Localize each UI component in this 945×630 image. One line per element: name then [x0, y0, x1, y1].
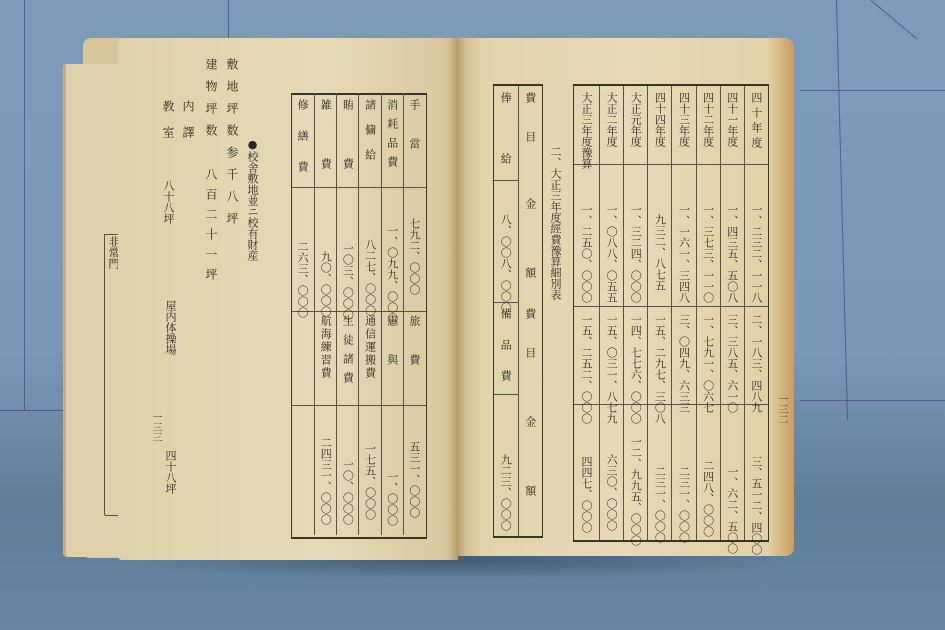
- mat-guide-line: [870, 0, 917, 39]
- item-name: 俸給: [500, 92, 511, 214]
- table-header: 旅費: [409, 315, 420, 393]
- year-label: 大正二年度: [606, 92, 617, 147]
- year-value-a: 一、三二四、〇〇〇: [630, 204, 641, 303]
- year-label: 大正元年度: [630, 92, 641, 147]
- year-value-a: 一、一六一、三四八: [679, 204, 690, 303]
- table-value: 一七五、〇〇〇: [365, 443, 376, 520]
- book-gutter: [448, 38, 466, 560]
- items-header-right: 金額: [525, 416, 536, 554]
- table-header: 賄費: [342, 99, 353, 217]
- table-value: 九〇、〇〇〇: [320, 251, 331, 317]
- year-column: 大正三年度豫算 一、二五〇、〇〇〇 一五、二五二、〇〇〇 四四七、〇〇〇: [574, 86, 599, 540]
- table-column: 賄費 一〇三、〇〇〇 生徒諸費 一〇、〇〇〇: [336, 93, 358, 535]
- table-value: 一、〇〇〇: [387, 471, 398, 526]
- row-value: 参千八坪: [226, 146, 238, 234]
- year-label: 四十年度: [751, 92, 762, 152]
- mat-guide-line: [800, 400, 945, 401]
- item-name: 備品費: [500, 308, 511, 401]
- item-amount: 九二三、〇〇〇: [500, 454, 511, 531]
- table-value: 一、〇九九、〇〇〇: [387, 225, 398, 324]
- year-column: 四十年度 一、二三二、一一八 二、一八三、四八九 三、五一二、四〇〇: [744, 86, 768, 540]
- year-value-b: 三、三八五、六一〇: [727, 314, 738, 413]
- yearly-table: 四十年度 一、二三二、一一八 二、一八三、四八九 三、五一二、四〇〇 四十一年度…: [573, 84, 769, 542]
- items-header-left: 費目: [525, 92, 536, 170]
- year-value-a: 一、四三五、五〇八: [727, 204, 738, 303]
- year-value-c: 二三一、〇〇〇: [654, 466, 665, 543]
- year-value-a: 九三二、八七五: [654, 214, 665, 291]
- table-column: 修繕費 二六三、〇〇〇: [291, 93, 314, 535]
- page-number: 一三二: [774, 394, 789, 424]
- year-value-a: 一、三七三、一一〇: [703, 204, 714, 303]
- year-label: 四十一年度: [727, 92, 738, 147]
- year-column: 四十二年度 一、三七三、一一〇 一、七九一、〇六七 二四八、〇〇〇: [696, 86, 720, 540]
- year-label: 四十四年度: [654, 92, 665, 147]
- year-value-b: 一五、二九七、三〇八: [654, 314, 665, 424]
- table-header: 消耗品費: [387, 99, 398, 175]
- table-header: 諸傭給: [365, 99, 376, 174]
- table-value: 五三一、〇〇〇: [409, 441, 420, 518]
- row-value: 八百二十一坪: [205, 168, 217, 288]
- items-table: 費目 金額 費目 金額 俸給 八、〇〇八、〇〇〇 備品費 九二三、〇〇〇: [493, 84, 543, 538]
- left-page: ●校舍敷地並ニ校有財産 敷地坪数 参千八坪 建物坪数 八百二十一坪 内譯 教室 …: [118, 38, 458, 560]
- year-column: 四十一年度 一、四三五、五〇八 三、三八五、六一〇 一、六二、五〇〇: [720, 86, 744, 540]
- row-label: 敷地坪数: [226, 58, 238, 146]
- table-value: 二六三、〇〇〇: [297, 241, 308, 318]
- year-label: 大正三年度豫算: [581, 92, 592, 162]
- table-header: 航海練習費: [320, 315, 331, 380]
- table-header: 修繕費: [297, 99, 308, 192]
- table-header: 惠與: [387, 315, 398, 393]
- items-column-values: 俸給 八、〇〇八、〇〇〇 備品費 九二三、〇〇〇: [494, 86, 518, 536]
- right-page: 費目 金額 費目 金額 俸給 八、〇〇八、〇〇〇 備品費 九二三、〇〇〇 二、大…: [456, 38, 794, 556]
- row-label: 建物坪数: [205, 58, 217, 146]
- row-label: 内譯: [182, 100, 194, 152]
- item-amount: 八、〇〇八、〇〇〇: [500, 214, 511, 313]
- year-value-c: 六三〇、〇〇〇: [606, 454, 617, 531]
- year-value-b: 一四、七七六、〇〇〇: [630, 314, 641, 424]
- mat-guide-line: [836, 0, 848, 420]
- table-column: 雑費 九〇、〇〇〇 航海練習費 二四三一、〇〇〇: [314, 93, 336, 535]
- year-value-a: 一、二三二、一一八: [751, 204, 762, 303]
- extra-value: 四十八坪: [165, 450, 176, 494]
- table-column: 諸傭給 八二七、〇〇〇 通信運搬費 一七五、〇〇〇: [358, 93, 380, 535]
- year-value-b: 一五、〇三一、八七九: [606, 314, 617, 424]
- expense-table-columns: 手當 七九二、〇〇〇 旅費 五三一、〇〇〇 消耗品費 一、〇九九、〇〇〇 惠與 …: [291, 93, 425, 535]
- section-title: ●校舍敷地並ニ校有財産: [247, 138, 258, 261]
- year-label: 四十二年度: [703, 92, 714, 147]
- year-value-c: 四四七、〇〇〇: [581, 456, 592, 533]
- page-number: 一三三: [148, 412, 163, 442]
- section-title: 二、大正三年度經費豫算細別表: [550, 146, 561, 300]
- year-value-b: 三、〇四九、六三三: [679, 314, 690, 413]
- year-value-a: 一、〇八八、〇五五: [606, 204, 617, 303]
- table-column: 手當 七九二、〇〇〇 旅費 五三一、〇〇〇: [403, 93, 425, 535]
- row-label: 教室: [162, 100, 174, 152]
- table-divider: [494, 394, 518, 395]
- table-divider: [494, 302, 518, 303]
- mat-guide-line: [24, 0, 25, 410]
- year-column: 四十三年度 一、一六一、三四八 三、〇四九、六三三 二三一、〇〇〇: [671, 86, 695, 540]
- items-header-left: 費目: [525, 308, 536, 386]
- year-value-b: 二、一八三、四八九: [751, 314, 762, 413]
- year-value-c: 二三一、〇〇〇: [679, 466, 690, 543]
- mat-guide-line: [800, 90, 945, 91]
- row-value: 八十八坪: [163, 180, 174, 224]
- year-column: 四十四年度 九三二、八七五 一五、二九七、三〇八 二三一、〇〇〇: [647, 86, 671, 540]
- year-value-c: 二四八、〇〇〇: [703, 460, 714, 537]
- table-value: 七九二、〇〇〇: [409, 218, 420, 295]
- table-divider: [494, 180, 518, 181]
- items-column-header: 費目 金額 費目 金額: [518, 86, 543, 536]
- year-value-c: 一二、九九五、〇〇〇: [630, 436, 641, 546]
- table-header: 雑費: [320, 99, 331, 217]
- table-header: 通信運搬費: [365, 315, 376, 380]
- mat-guide-line: [228, 0, 229, 40]
- table-column: 消耗品費 一、〇九九、〇〇〇 惠與 一、〇〇〇: [381, 93, 403, 535]
- table-header: 生徒諸費: [342, 315, 353, 391]
- year-value-b: 一、七九一、〇六七: [703, 314, 714, 413]
- year-column: 大正元年度 一、三二四、〇〇〇 一四、七七六、〇〇〇 一二、九九五、〇〇〇: [623, 86, 647, 540]
- table-value: 一〇三、〇〇〇: [342, 243, 353, 320]
- extra-label: 屋内体操場: [165, 300, 176, 355]
- table-value: 八二七、〇〇〇: [365, 239, 376, 316]
- year-label: 四十三年度: [679, 92, 690, 147]
- table-header: 手當: [409, 99, 420, 177]
- year-column: 大正二年度 一、〇八八、〇五五 一五、〇三一、八七九 六三〇、〇〇〇: [599, 86, 623, 540]
- table-value: 二四三一、〇〇〇: [320, 437, 331, 525]
- year-value-b: 一五、二五二、〇〇〇: [581, 314, 592, 424]
- year-value-c: 三、五一二、四〇〇: [751, 456, 762, 555]
- year-value-c: 一、六二、五〇〇: [727, 466, 738, 554]
- year-value-a: 一、二五〇、〇〇〇: [581, 204, 592, 303]
- table-value: 一〇、〇〇〇: [342, 459, 353, 525]
